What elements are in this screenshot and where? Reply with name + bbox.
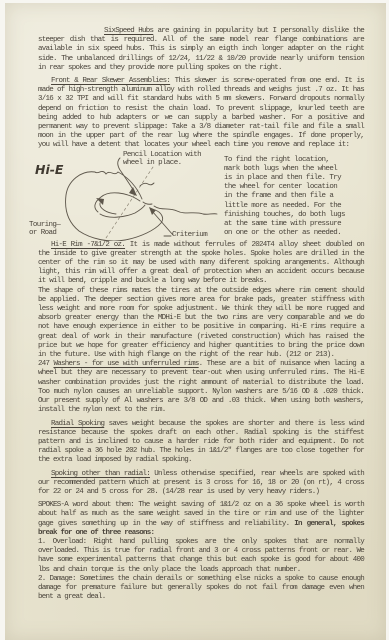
mouth-squiggle-top [140,183,154,186]
scanned-page: SixSpeed Hubs are gaining in popularity … [5,3,386,640]
criterium-label: Criterium [172,231,232,240]
pencil-arrowhead [129,187,137,196]
page-content: SixSpeed Hubs are gaining in popularity … [5,3,386,640]
paragraph-rim-continued: The shape of these rims mates the tires … [38,287,364,361]
criterium-arrow [152,211,173,235]
paragraph-sixspeed-hubs: SixSpeed Hubs are gaining in popularity … [38,27,364,73]
washers-text: . These are a bit of nuisance when lacin… [38,360,364,414]
radial-spoking-heading: Radial Spoking [51,420,104,428]
hi-e-handwritten-label: Hi-E [35,165,63,174]
paragraph-skewer-assemblies: Front & Rear Skewer Assemblies: This ske… [38,77,364,151]
outer-lug-outline [66,171,163,241]
filing-instructions-note: To find the right location, mark both lu… [224,156,348,239]
paragraph-hi-e-rim: Hi-E Rim -7&1/2 oz. It is made without f… [38,241,364,287]
paragraph-spokes-intro: SPOKES-A word about them: The weight sav… [38,501,364,538]
dropout-diagram-drawing [57,157,227,241]
paragraph-247-washers: 247 Washers - for use with unferruled ri… [38,360,364,415]
paragraph-overload-item: 1. Overload: Right hand pulling spokes a… [38,538,364,575]
paragraph-damage-item: 2. Damage: Sometimes the chain derails o… [38,575,364,603]
skewer-assemblies-heading: Front & Rear Skewer Assemblies: [51,77,170,85]
hi-e-rim-heading: Hi-E Rim -7&1/2 oz. [51,241,125,249]
slot-lower-edge [100,205,145,217]
sixspeed-hubs-text: are gaining in popularity but I personal… [38,27,364,72]
right-wavy-tail [154,206,217,214]
paragraph-spoking-other: Spoking other than radial: Unless otherw… [38,470,364,498]
washers-heading: Washers - for use with unferruled rims [53,360,198,368]
sixspeed-hubs-heading: SixSpeed Hubs [104,27,153,35]
skewer-assemblies-text: This skewer is screw-operated from one e… [38,77,364,149]
washers-item-number: 247 [38,360,53,368]
paragraph-radial-spoking: Radial Spoking saves weight because the … [38,420,364,466]
dashed-axis-line [104,167,153,241]
spoking-other-heading: Spoking other than radial: [51,470,150,478]
dropout-diagram-figure: Hi-E Pencil Location with wheel in place… [27,151,372,241]
touring-slot-arrow [100,203,116,214]
criterium-slot-mark [143,202,152,204]
pencil-location-label: Pencil Location with wheel in place. [123,151,207,169]
touring-or-road-label: Touring— or Road [29,221,79,239]
